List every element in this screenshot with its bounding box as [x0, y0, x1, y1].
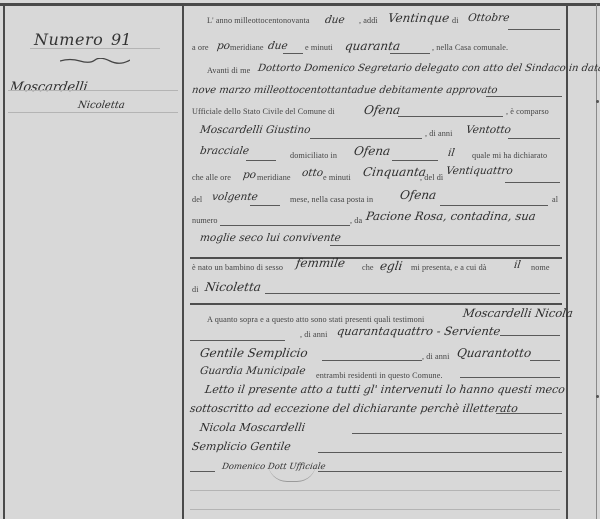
margin-surname: Moscardelli — [9, 80, 89, 95]
fill-line — [330, 245, 560, 246]
fill-line — [486, 96, 562, 97]
printed-text: meridiane — [257, 173, 291, 182]
binding-mark — [596, 395, 599, 398]
handwritten-text: egli — [379, 259, 403, 273]
handwritten-witness-1-age: quarantaquattro - Serviente — [336, 324, 501, 338]
printed-text: numero — [192, 216, 218, 225]
fill-line — [246, 160, 276, 161]
page-edge — [596, 4, 597, 519]
handwritten-year: due — [324, 14, 345, 26]
fill-line — [392, 160, 438, 161]
handwritten-minutes: quaranta — [344, 39, 401, 53]
handwritten-minutes: Cinquanta — [362, 165, 427, 179]
printed-text: nome — [531, 263, 550, 272]
printed-text: Avanti di me — [207, 66, 250, 75]
handwritten-hour: due — [267, 40, 288, 52]
handwritten-text: nove marzo milleottocentottantadue debit… — [191, 85, 498, 96]
margin-divider — [182, 4, 184, 519]
handwritten-officer: Dottorto Domenico Segretario delegato co… — [257, 63, 600, 74]
printed-text: Ufficiale dello Stato Civile del Comune … — [192, 107, 335, 116]
printed-text: entrambi residenti in questo Comune. — [316, 371, 443, 380]
handwritten-witness-2-occupation: Guardia Municipale — [199, 365, 306, 377]
civil-registry-page: Numero 91 Moscardelli Nicoletta L' anno … — [0, 0, 600, 519]
printed-text: domiciliato in — [290, 151, 337, 160]
numero-value: 91 — [111, 30, 131, 49]
handwritten-comune: Ofena — [353, 144, 391, 158]
fill-line — [265, 293, 560, 294]
rule — [8, 90, 178, 91]
printed-text: , di anni — [425, 129, 453, 138]
printed-text: meridiane — [230, 43, 264, 52]
handwritten-age: Ventotto — [465, 124, 512, 136]
printed-text: , da — [350, 216, 362, 225]
handwritten-witness-2-age: Quarantotto — [456, 346, 532, 360]
printed-text: , nella Casa comunale. — [432, 43, 508, 52]
handwritten-day: Ventinque — [387, 11, 450, 25]
fill-line — [310, 138, 422, 139]
fill-line — [390, 53, 430, 54]
handwritten-comune: Ofena — [363, 103, 401, 117]
handwritten-text: po — [242, 169, 257, 181]
printed-text: quale mi ha dichiarato — [472, 151, 547, 160]
rule — [190, 490, 560, 491]
printed-text: , del dì — [420, 173, 443, 182]
fill-line — [440, 205, 548, 206]
fill-line — [322, 360, 422, 361]
printed-text: che alle ore — [192, 173, 231, 182]
handwritten-witness-2: Gentile Semplicio — [199, 346, 309, 360]
printed-text: al — [552, 195, 558, 204]
handwritten-closing: sottoscritto ad eccezione del dichiarant… — [189, 402, 519, 415]
fill-line — [508, 138, 560, 139]
handwritten-month: Ottobre — [467, 12, 510, 24]
right-border — [566, 4, 568, 519]
handwritten-sex: femmile — [295, 256, 346, 270]
fill-line — [283, 53, 303, 54]
fill-line — [190, 340, 285, 341]
printed-text: A quanto sopra e a questo atto sono stat… — [207, 315, 424, 324]
left-border — [3, 4, 5, 519]
printed-text: di — [452, 16, 459, 25]
section-divider — [190, 257, 562, 259]
printed-text: , di anni — [422, 352, 450, 361]
handwritten-hour: otto — [301, 167, 324, 179]
printed-text: L' anno milleottocentonovanta — [207, 16, 310, 25]
fill-line — [250, 205, 280, 206]
numero-label: Numero — [34, 30, 103, 49]
handwritten-text: po — [216, 40, 231, 52]
fill-line — [508, 29, 560, 30]
top-border — [0, 3, 600, 6]
printed-text: a ore — [192, 43, 209, 52]
printed-text: , addì — [359, 16, 378, 25]
signature-line — [318, 471, 562, 472]
printed-text: del — [192, 195, 202, 204]
handwritten-occupation: bracciale — [199, 145, 250, 157]
printed-text: , è comparso — [506, 107, 549, 116]
printed-text: è nato un bambino di sesso — [192, 263, 283, 272]
signature-line — [318, 452, 562, 453]
fill-line — [496, 413, 562, 414]
rule — [190, 509, 560, 510]
handwritten-text: volgente — [211, 191, 258, 203]
fill-line — [500, 335, 560, 336]
fill-line — [505, 182, 560, 183]
printed-text: mese, nella casa posta in — [290, 195, 373, 204]
handwritten-text: il — [447, 147, 455, 159]
handwritten-closing: Letto il presente atto a tutti gl' inter… — [204, 383, 566, 396]
printed-text: e minuti — [305, 43, 333, 52]
handwritten-child-name: Nicoletta — [204, 280, 262, 294]
handwritten-text: moglie seco lui convivente — [199, 232, 342, 244]
handwritten-day: Ventiquattro — [445, 165, 513, 177]
fill-line — [460, 377, 560, 378]
handwritten-declarant: Moscardelli Giustino — [199, 124, 311, 136]
fill-line — [398, 116, 503, 117]
flourish-ornament — [60, 58, 130, 64]
binding-mark — [596, 100, 599, 103]
signature-line — [190, 471, 215, 472]
rule — [8, 112, 178, 113]
fill-line — [530, 360, 560, 361]
fill-line — [220, 225, 350, 226]
printed-text: , di anni — [300, 330, 328, 339]
printed-text: di — [192, 285, 199, 294]
margin-given-name: Nicoletta — [77, 100, 125, 111]
signature-line — [352, 433, 562, 434]
printed-text: e minuti — [323, 173, 351, 182]
handwritten-mother: Pacione Rosa, contadina, sua — [365, 209, 537, 223]
handwritten-witness-1: Moscardelli Nicola — [462, 306, 574, 320]
printed-text: mi presenta, e a cui dà — [411, 263, 487, 272]
rule — [30, 48, 160, 49]
signature-witness-2: Semplicio Gentile — [191, 440, 292, 453]
handwritten-comune: Ofena — [399, 188, 437, 202]
officer-flourish — [268, 463, 316, 482]
handwritten-text: il — [513, 259, 521, 271]
printed-text: che — [362, 263, 374, 272]
section-divider — [190, 303, 562, 305]
signature-witness-1: Nicola Moscardelli — [199, 421, 306, 434]
